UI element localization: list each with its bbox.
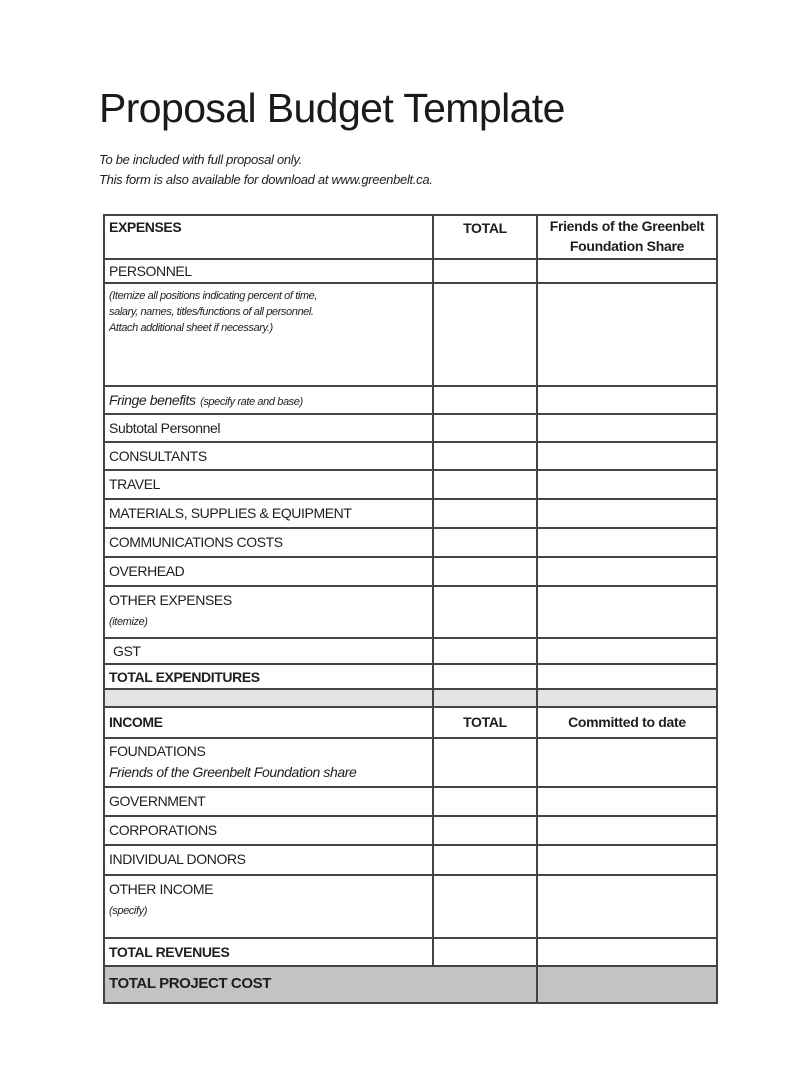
committed-input-cell[interactable]	[536, 739, 716, 786]
row-label: MATERIALS, SUPPLIES & EQUIPMENT	[109, 505, 352, 521]
row-label: Subtotal Personnel	[109, 420, 220, 436]
row-label: GST	[113, 643, 141, 659]
table-row: OVERHEAD	[105, 556, 716, 585]
row-label: OVERHEAD	[109, 563, 184, 579]
share-input-cell[interactable]	[536, 639, 716, 663]
table-row: OTHER INCOME (specify)	[105, 874, 716, 937]
row-note: Friends of the Greenbelt Foundation shar…	[109, 764, 432, 781]
share-input-cell[interactable]	[536, 471, 716, 498]
total-input-cell[interactable]	[432, 939, 536, 965]
total-project-cost-row: TOTAL PROJECT COST	[105, 965, 716, 1002]
table-row: FOUNDATIONS Friends of the Greenbelt Fou…	[105, 737, 716, 786]
itemize-note-line: salary, names, titles/functions of all p…	[109, 304, 432, 320]
row-note: (itemize)	[109, 614, 432, 630]
total-input-cell[interactable]	[432, 639, 536, 663]
committed-input-cell[interactable]	[536, 939, 716, 965]
section-divider-band	[105, 688, 716, 706]
total-input-cell[interactable]	[432, 817, 536, 844]
share-input-cell[interactable]	[536, 665, 716, 688]
row-label: TRAVEL	[109, 476, 160, 492]
table-row: Fringe benefits (specify rate and base)	[105, 385, 716, 413]
share-input-cell[interactable]	[536, 387, 716, 413]
total-input-cell[interactable]	[432, 558, 536, 585]
total-input-cell[interactable]	[432, 665, 536, 688]
row-label: TOTAL REVENUES	[109, 944, 229, 960]
row-label: PERSONNEL	[109, 263, 192, 279]
row-label: GOVERNMENT	[109, 793, 205, 809]
expenses-heading: EXPENSES	[109, 219, 181, 235]
expenses-header-row: EXPENSES TOTAL Friends of the Greenbelt …	[105, 216, 716, 258]
committed-input-cell[interactable]	[536, 817, 716, 844]
share-input-cell[interactable]	[536, 260, 716, 282]
itemize-note-line: (Itemize all positions indicating percen…	[109, 288, 432, 304]
total-input-cell[interactable]	[432, 387, 536, 413]
total-revenues-row: TOTAL REVENUES	[105, 937, 716, 965]
row-label: INDIVIDUAL DONORS	[109, 851, 246, 867]
table-row: COMMUNICATIONS COSTS	[105, 527, 716, 556]
table-row: INDIVIDUAL DONORS	[105, 844, 716, 874]
row-label: FOUNDATIONS	[109, 743, 432, 760]
share-input-cell[interactable]	[536, 558, 716, 585]
row-label: CONSULTANTS	[109, 448, 207, 464]
share-input-cell[interactable]	[536, 587, 716, 637]
table-row: GOVERNMENT	[105, 786, 716, 815]
row-label: COMMUNICATIONS COSTS	[109, 534, 283, 550]
subtitle-line-2: This form is also available for download…	[99, 172, 433, 187]
total-input-cell[interactable]	[432, 587, 536, 637]
total-input-cell[interactable]	[432, 260, 536, 282]
table-row: CONSULTANTS	[105, 441, 716, 469]
committed-column-header: Committed to date	[538, 708, 716, 732]
total-project-cost-input-cell[interactable]	[536, 967, 716, 1002]
income-header-row: INCOME TOTAL Committed to date	[105, 706, 716, 737]
income-heading: INCOME	[109, 714, 163, 730]
page-title: Proposal Budget Template	[99, 88, 565, 129]
share-input-cell[interactable]	[536, 500, 716, 527]
share-input-cell[interactable]	[536, 443, 716, 469]
table-row: GST	[105, 637, 716, 663]
table-row: PERSONNEL	[105, 258, 716, 282]
table-row: TRAVEL	[105, 469, 716, 498]
row-label: TOTAL PROJECT COST	[109, 975, 271, 992]
total-input-cell[interactable]	[432, 500, 536, 527]
subtitle-line-1: To be included with full proposal only.	[99, 152, 302, 167]
table-row: CORPORATIONS	[105, 815, 716, 844]
total-input-cell[interactable]	[432, 529, 536, 556]
total-input-cell[interactable]	[432, 739, 536, 786]
total-input-cell[interactable]	[432, 788, 536, 815]
committed-input-cell[interactable]	[536, 876, 716, 937]
total-column-header: TOTAL	[434, 216, 536, 238]
foundation-share-column-header: Friends of the Greenbelt Foundation Shar…	[538, 216, 716, 256]
table-row: (Itemize all positions indicating percen…	[105, 282, 716, 385]
table-row: Subtotal Personnel	[105, 413, 716, 441]
total-input-cell[interactable]	[432, 284, 536, 385]
total-column-header: TOTAL	[434, 708, 536, 732]
row-label: CORPORATIONS	[109, 822, 217, 838]
total-input-cell[interactable]	[432, 846, 536, 874]
total-input-cell[interactable]	[432, 443, 536, 469]
table-row: OTHER EXPENSES (itemize)	[105, 585, 716, 637]
total-input-cell[interactable]	[432, 415, 536, 441]
row-label: TOTAL EXPENDITURES	[109, 669, 260, 685]
row-label: OTHER INCOME	[109, 881, 432, 898]
row-label: Fringe benefits	[109, 392, 196, 408]
committed-input-cell[interactable]	[536, 846, 716, 874]
share-input-cell[interactable]	[536, 415, 716, 441]
total-input-cell[interactable]	[432, 876, 536, 937]
share-input-cell[interactable]	[536, 284, 716, 385]
itemize-note-line: Attach additional sheet if necessary.)	[109, 320, 432, 336]
table-row: MATERIALS, SUPPLIES & EQUIPMENT	[105, 498, 716, 527]
budget-table: EXPENSES TOTAL Friends of the Greenbelt …	[103, 214, 718, 1004]
row-label: OTHER EXPENSES	[109, 592, 432, 609]
row-note: (specify rate and base)	[200, 396, 303, 408]
committed-input-cell[interactable]	[536, 788, 716, 815]
share-input-cell[interactable]	[536, 529, 716, 556]
row-note: (specify)	[109, 903, 432, 919]
total-input-cell[interactable]	[432, 471, 536, 498]
total-expenditures-row: TOTAL EXPENDITURES	[105, 663, 716, 688]
